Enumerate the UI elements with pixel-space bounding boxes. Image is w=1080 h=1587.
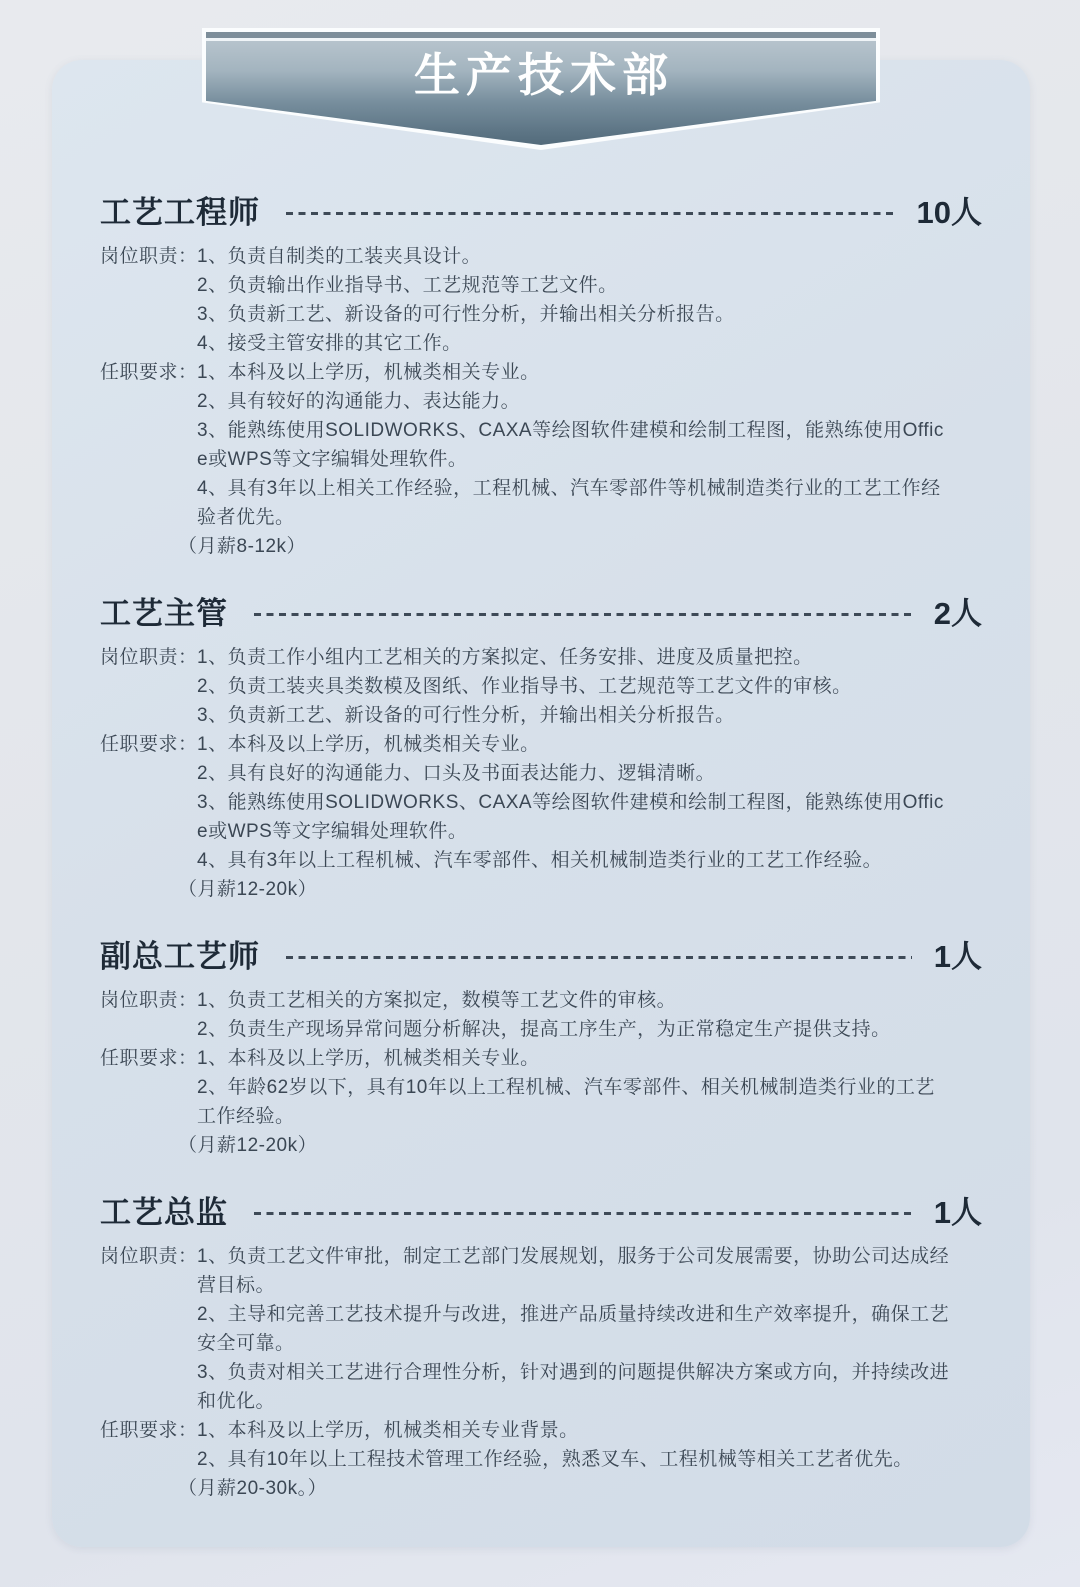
job-section-process-engineer: 工艺工程师 10人 岗位职责： 1、负责自制类的工装夹具设计。 2、负责输出作业… <box>100 188 982 561</box>
salary-note: （月薪8-12k） <box>178 532 952 561</box>
responsibilities-label: 岗位职责： <box>100 643 197 672</box>
list-item: 3、能熟练使用SOLIDWORKS、CAXA等绘图软件建模和绘制工程图，能熟练使… <box>197 416 952 474</box>
list-item: 1、负责工艺相关的方案拟定，数模等工艺文件的审核。 <box>197 986 952 1015</box>
list-item: 2、具有10年以上工程技术管理工作经验，熟悉叉车、工程机械等相关工艺者优先。 <box>197 1445 952 1474</box>
list-item: 4、接受主管安排的其它工作。 <box>197 329 952 358</box>
headcount-badge: 10人 <box>917 187 982 232</box>
job-title: 工艺工程师 <box>100 187 260 232</box>
requirements-items: 1、本科及以上学历，机械类相关专业。 2、年龄62岁以下，具有10年以上工程机械… <box>197 1044 952 1160</box>
dotted-leader-line <box>286 212 895 215</box>
responsibilities-label: 岗位职责： <box>100 1242 197 1271</box>
department-title: 生产技术部 <box>206 46 876 104</box>
requirements-block: 任职要求： 1、本科及以上学历，机械类相关专业。 2、年龄62岁以下，具有10年… <box>100 1044 982 1160</box>
headcount-badge: 2人 <box>934 588 982 633</box>
list-item: 1、本科及以上学历，机械类相关专业。 <box>197 358 952 387</box>
list-item: 2、负责生产现场异常问题分析解决，提高工序生产，为正常稳定生产提供支持。 <box>197 1015 952 1044</box>
requirements-block: 任职要求： 1、本科及以上学历，机械类相关专业。 2、具有良好的沟通能力、口头及… <box>100 730 982 904</box>
requirements-label: 任职要求： <box>100 730 197 759</box>
list-item: 2、具有良好的沟通能力、口头及书面表达能力、逻辑清晰。 <box>197 759 952 788</box>
list-item: 2、主导和完善工艺技术提升与改进，推进产品质量持续改进和生产效率提升，确保工艺安… <box>197 1300 952 1358</box>
dotted-leader-line <box>254 613 912 616</box>
list-item: 4、具有3年以上相关工作经验，工程机械、汽车零部件等机械制造类行业的工艺工作经验… <box>197 474 952 532</box>
job-section-deputy-chief-process-engineer: 副总工艺师 1人 岗位职责： 1、负责工艺相关的方案拟定，数模等工艺文件的审核。… <box>100 932 982 1160</box>
job-heading-row: 工艺总监 1人 <box>100 1188 982 1230</box>
list-item: 1、本科及以上学历，机械类相关专业。 <box>197 1044 952 1073</box>
list-item: 3、负责对相关工艺进行合理性分析，针对遇到的问题提供解决方案或方向，并持续改进和… <box>197 1358 952 1416</box>
list-item: 3、负责新工艺、新设备的可行性分析，并输出相关分析报告。 <box>197 701 952 730</box>
job-heading-row: 工艺主管 2人 <box>100 589 982 631</box>
list-item: 3、负责新工艺、新设备的可行性分析，并输出相关分析报告。 <box>197 300 952 329</box>
recruitment-poster: 工艺工程师 10人 岗位职责： 1、负责自制类的工装夹具设计。 2、负责输出作业… <box>0 0 1080 1587</box>
requirements-items: 1、本科及以上学历，机械类相关专业。 2、具有良好的沟通能力、口头及书面表达能力… <box>197 730 952 904</box>
job-section-process-director: 工艺总监 1人 岗位职责： 1、负责工艺文件审批，制定工艺部门发展规划，服务于公… <box>100 1188 982 1503</box>
job-heading-row: 工艺工程师 10人 <box>100 188 982 230</box>
requirements-items: 1、本科及以上学历，机械类相关专业。 2、具有较好的沟通能力、表达能力。 3、能… <box>197 358 952 561</box>
list-item: 2、年龄62岁以下，具有10年以上工程机械、汽车零部件、相关机械制造类行业的工艺… <box>197 1073 952 1131</box>
job-title: 工艺主管 <box>100 588 228 633</box>
responsibilities-block: 岗位职责： 1、负责工作小组内工艺相关的方案拟定、任务安排、进度及质量把控。 2… <box>100 643 982 730</box>
card-content: 工艺工程师 10人 岗位职责： 1、负责自制类的工装夹具设计。 2、负责输出作业… <box>52 60 1030 1503</box>
requirements-label: 任职要求： <box>100 1044 197 1073</box>
requirements-items: 1、本科及以上学历，机械类相关专业背景。 2、具有10年以上工程技术管理工作经验… <box>197 1416 952 1503</box>
headcount-badge: 1人 <box>934 931 982 976</box>
responsibilities-items: 1、负责自制类的工装夹具设计。 2、负责输出作业指导书、工艺规范等工艺文件。 3… <box>197 242 952 358</box>
list-item: 2、负责输出作业指导书、工艺规范等工艺文件。 <box>197 271 952 300</box>
responsibilities-block: 岗位职责： 1、负责工艺相关的方案拟定，数模等工艺文件的审核。 2、负责生产现场… <box>100 986 982 1044</box>
requirements-block: 任职要求： 1、本科及以上学历，机械类相关专业背景。 2、具有10年以上工程技术… <box>100 1416 982 1503</box>
list-item: 1、负责工作小组内工艺相关的方案拟定、任务安排、进度及质量把控。 <box>197 643 952 672</box>
salary-note: （月薪12-20k） <box>178 1131 952 1160</box>
responsibilities-block: 岗位职责： 1、负责工艺文件审批，制定工艺部门发展规划，服务于公司发展需要，协助… <box>100 1242 982 1416</box>
responsibilities-label: 岗位职责： <box>100 986 197 1015</box>
list-item: 2、具有较好的沟通能力、表达能力。 <box>197 387 952 416</box>
job-title: 工艺总监 <box>100 1187 228 1232</box>
job-heading-row: 副总工艺师 1人 <box>100 932 982 974</box>
list-item: 3、能熟练使用SOLIDWORKS、CAXA等绘图软件建模和绘制工程图，能熟练使… <box>197 788 952 846</box>
list-item: 1、本科及以上学历，机械类相关专业。 <box>197 730 952 759</box>
requirements-label: 任职要求： <box>100 358 197 387</box>
list-item: 2、负责工装夹具类数模及图纸、作业指导书、工艺规范等工艺文件的审核。 <box>197 672 952 701</box>
responsibilities-items: 1、负责工作小组内工艺相关的方案拟定、任务安排、进度及质量把控。 2、负责工装夹… <box>197 643 952 730</box>
department-card: 工艺工程师 10人 岗位职责： 1、负责自制类的工装夹具设计。 2、负责输出作业… <box>52 60 1030 1547</box>
responsibilities-block: 岗位职责： 1、负责自制类的工装夹具设计。 2、负责输出作业指导书、工艺规范等工… <box>100 242 982 358</box>
job-section-process-supervisor: 工艺主管 2人 岗位职责： 1、负责工作小组内工艺相关的方案拟定、任务安排、进度… <box>100 589 982 904</box>
list-item: 4、具有3年以上工程机械、汽车零部件、相关机械制造类行业的工艺工作经验。 <box>197 846 952 875</box>
dotted-leader-line <box>286 956 912 959</box>
responsibilities-items: 1、负责工艺文件审批，制定工艺部门发展规划，服务于公司发展需要，协助公司达成经营… <box>197 1242 952 1416</box>
salary-note: （月薪12-20k） <box>178 875 952 904</box>
list-item: 1、负责自制类的工装夹具设计。 <box>197 242 952 271</box>
headcount-badge: 1人 <box>934 1187 982 1232</box>
responsibilities-items: 1、负责工艺相关的方案拟定，数模等工艺文件的审核。 2、负责生产现场异常问题分析… <box>197 986 952 1044</box>
list-item: 1、负责工艺文件审批，制定工艺部门发展规划，服务于公司发展需要，协助公司达成经营… <box>197 1242 952 1300</box>
requirements-block: 任职要求： 1、本科及以上学历，机械类相关专业。 2、具有较好的沟通能力、表达能… <box>100 358 982 561</box>
job-title: 副总工艺师 <box>100 931 260 976</box>
salary-note: （月薪20-30k。） <box>178 1474 952 1503</box>
list-item: 1、本科及以上学历，机械类相关专业背景。 <box>197 1416 952 1445</box>
responsibilities-label: 岗位职责： <box>100 242 197 271</box>
dotted-leader-line <box>254 1212 912 1215</box>
requirements-label: 任职要求： <box>100 1416 197 1445</box>
